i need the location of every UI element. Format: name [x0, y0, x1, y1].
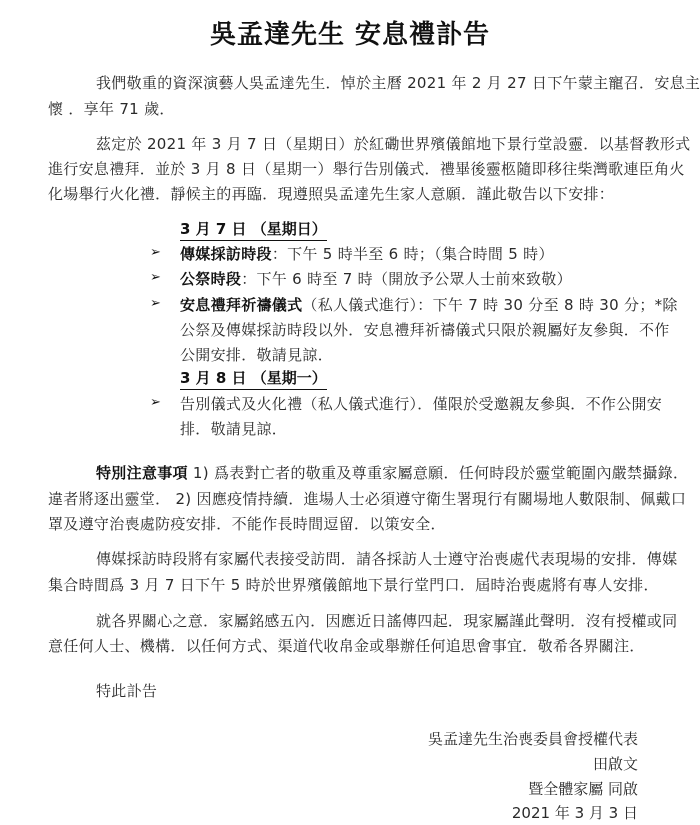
page-title: 吳孟達先生 安息禮訃告: [0, 14, 700, 51]
bullet-arrow-icon: ➢: [150, 245, 161, 260]
closing-text: 特此訃告: [96, 680, 157, 701]
item-label: 傳媒採訪時段: [180, 245, 272, 263]
statement-line-2: 意任何人士、機構．以任何方式、渠道代收帛金或舉辦任何追思會事宜．敬希各界關注．: [48, 635, 645, 656]
notice-label: 特別注意事項: [96, 464, 188, 482]
signature-org: 吳孟達先生治喪委員會授權代表: [428, 728, 638, 749]
schedule-item-public: 公祭時段：下午 6 時至 7 時（開放予公眾人士前來致敬）: [180, 268, 572, 289]
item-label: 安息禮拜祈禱儀式: [180, 296, 302, 314]
bullet-arrow-icon: ➢: [150, 296, 161, 311]
schedule-item-farewell-cont: 排．敬請見諒．: [180, 418, 287, 439]
signature-date: 2021 年 3 月 3 日: [512, 802, 638, 823]
item-text: ：下午 6 時至 7 時（開放予公眾人士前來致敬）: [241, 270, 572, 288]
signature-family: 暨全體家屬 同啟: [528, 778, 638, 799]
date-heading-mar8: 3 月 8 日 （星期一）: [180, 367, 327, 390]
item-text: ：下午 5 時半至 6 時；（集合時間 5 時）: [272, 245, 554, 263]
item-label: 公祭時段: [180, 270, 241, 288]
para2-line-2: 進行安息禮拜．並於 3 月 8 日（星期一）舉行告別儀式．禮畢後靈柩隨即移往柴灣…: [48, 158, 685, 179]
notice-text: 1) 爲表對亡者的敬重及尊重家屬意願．任何時段於靈堂範圍內嚴禁攝錄．: [188, 464, 688, 482]
item-text: （私人儀式進行）：下午 7 時 30 分至 8 時 30 分；*除: [302, 296, 677, 314]
schedule-item-service-cont-2: 公開安排．敬請見諒．: [180, 344, 333, 365]
signature-name: 田啟文: [593, 753, 638, 774]
bullet-arrow-icon: ➢: [150, 395, 161, 410]
media-line-1: 傳媒採訪時段將有家屬代表接受訪問．請各採訪人士遵守治喪處代表現場的安排．傳媒: [96, 548, 677, 569]
schedule-item-farewell: 告別儀式及火化禮（私人儀式進行）．僅限於受邀親友參與．不作公開安: [180, 393, 662, 414]
para1-line-1: 我們敬重的資深演藝人吳孟達先生．悼於主曆 2021 年 2 月 27 日下午蒙主…: [96, 72, 700, 93]
para2-line-3: 化場舉行火化禮．靜候主的再臨．現遵照吳孟達先生家人意願．謹此敬告以下安排：: [48, 183, 614, 204]
bullet-arrow-icon: ➢: [150, 270, 161, 285]
notice-line-2: 違者將逐出靈堂． 2) 因應疫情持續．進場人士必須遵守衛生署現行有關場地人數限制…: [48, 488, 686, 509]
schedule-item-service: 安息禮拜祈禱儀式（私人儀式進行）：下午 7 時 30 分至 8 時 30 分；*…: [180, 294, 678, 315]
date-heading-mar7: 3 月 7 日 （星期日）: [180, 218, 327, 241]
notice-line-3: 罩及遵守治喪處防疫安排．不能作長時間逗留．以策安全．: [48, 513, 446, 534]
notice-line-1: 特別注意事項 1) 爲表對亡者的敬重及尊重家屬意願．任何時段於靈堂範圍內嚴禁攝錄…: [96, 462, 688, 483]
statement-line-1: 就各界關心之意．家屬銘感五內．因應近日謠傳四起．現家屬謹此聲明．沒有授權或同: [96, 610, 677, 631]
schedule-item-media: 傳媒採訪時段：下午 5 時半至 6 時；（集合時間 5 時）: [180, 243, 554, 264]
para1-line-2: 懷 ．享年 71 歲．: [48, 98, 175, 119]
media-line-2: 集合時間爲 3 月 7 日下午 5 時於世界殯儀館地下景行堂門口．屆時治喪處將有…: [48, 574, 659, 595]
schedule-item-service-cont-1: 公祭及傳媒採訪時段以外．安息禮拜祈禱儀式只限於親屬好友參與．不作: [180, 319, 670, 340]
para2-line-1: 茲定於 2021 年 3 月 7 日（星期日）於紅磡世界殯儀館地下景行堂設靈．以…: [96, 133, 690, 154]
